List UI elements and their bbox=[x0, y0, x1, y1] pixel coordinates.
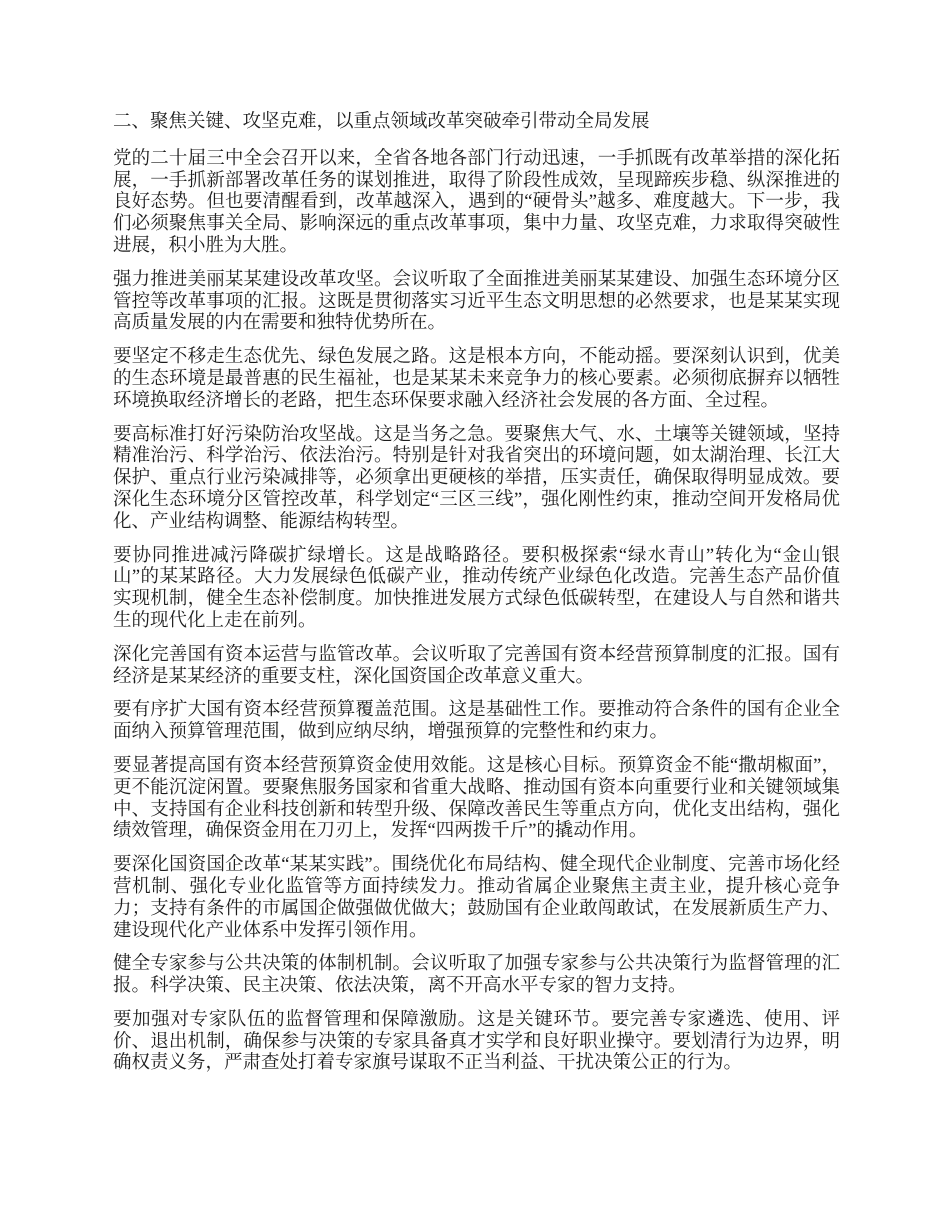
paragraph-beautiful-construction: 强力推进美丽某某建设改革攻坚。会议听取了全面推进美丽某某建设、加强生态环境分区管… bbox=[113, 270, 840, 335]
paragraph-soe-practice: 要深化国资国企改革“某某实践”。围绕优化布局结构、健全现代企业制度、完善市场化经… bbox=[113, 855, 840, 942]
document-content: 二、聚焦关键、攻坚克难，以重点领域改革突破牵引带动全局发展 党的二十届三中全会召… bbox=[113, 112, 840, 1087]
paragraph-state-capital-reform: 深化完善国有资本运营与监管改革。会议听取了完善国有资本经营预算制度的汇报。国有经… bbox=[113, 645, 840, 689]
paragraph-expert-mechanism: 健全专家参与公共决策的体制机制。会议听取了加强专家参与公共决策行为监督管理的汇报… bbox=[113, 954, 840, 998]
paragraph-pollution-control: 要高标准打好污染防治攻坚战。这是当务之急。要聚焦大气、水、土壤等关键领域，坚持精… bbox=[113, 425, 840, 534]
paragraph-budget-coverage: 要有序扩大国有资本经营预算覆盖范围。这是基础性工作。要推动符合条件的国有企业全面… bbox=[113, 700, 840, 744]
paragraph-budget-efficiency: 要显著提高国有资本经营预算资金使用效能。这是核心目标。预算资金不能“撒胡椒面”，… bbox=[113, 756, 840, 843]
paragraph-eco-priority: 要坚定不移走生态优先、绿色发展之路。这是根本方向，不能动摇。要深刻认识到，优美的… bbox=[113, 347, 840, 412]
paragraph-green-growth: 要协同推进减污降碳扩绿增长。这是战略路径。要积极探索“绿水青山”转化为“金山银山… bbox=[113, 546, 840, 633]
paragraph-expert-supervision: 要加强对专家队伍的监督管理和保障激励。这是关键环节。要完善专家遴选、使用、评价、… bbox=[113, 1010, 840, 1075]
section-heading: 二、聚焦关键、攻坚克难，以重点领域改革突破牵引带动全局发展 bbox=[113, 112, 840, 134]
document-page: 二、聚焦关键、攻坚克难，以重点领域改革突破牵引带动全局发展 党的二十届三中全会召… bbox=[0, 0, 950, 1230]
paragraph-intro: 党的二十届三中全会召开以来，全省各地各部门行动迅速，一手抓既有改革举措的深化拓展… bbox=[113, 149, 840, 258]
